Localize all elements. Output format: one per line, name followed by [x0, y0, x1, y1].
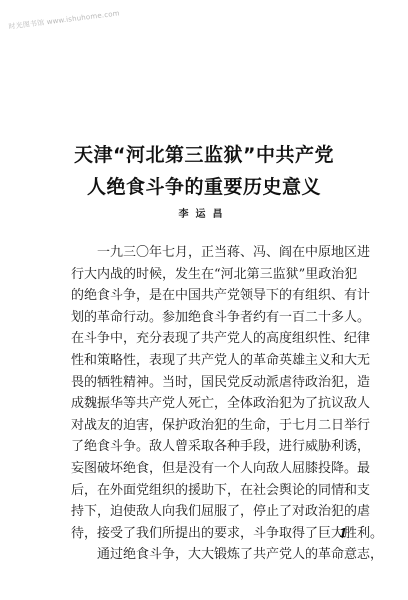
article-title-line-2: 人绝食斗争的重要历史意义 — [0, 172, 408, 199]
body-line: 的绝食斗争，是在中国共产党领导下的有组织、有计 — [71, 285, 349, 307]
body-line: 划的革命行动。参加绝食斗争者约有一百二十多人。 — [71, 307, 349, 329]
body-line: 行大内战的时候，发生在“河北第三监狱”里政治犯 — [71, 264, 349, 286]
watermark: 时光图书馆 www.ishuhome.com — [8, 8, 120, 32]
body-line: 妄图破坏绝食，但是没有一个人向敌人屈膝投降。最 — [71, 458, 349, 480]
article-body: 一九三〇年七月，正当蒋、冯、阎在中原地区进 行大内战的时候，发生在“河北第三监狱… — [71, 242, 349, 566]
article-title-line-1: 天津“河北第三监狱”中共产党 — [0, 140, 408, 167]
body-line: 待，接受了我们所提出的要求，斗争取得了巨大胜利。 — [71, 523, 349, 545]
body-line: 了绝食斗争。敌人曾采取各种手段，进行威胁利诱， — [71, 436, 349, 458]
body-line: 通过绝食斗争，大大锻炼了共产党人的革命意志， — [71, 544, 349, 566]
body-line: 对战友的迫害，保护政治犯的生命，于七月二日举行 — [71, 415, 349, 437]
body-line: 在斗争中，充分表现了共产党人的高度组织性、纪律 — [71, 328, 349, 350]
body-line: 持下，迫使敌人向我们屈服了，停止了对政治犯的虐 — [71, 501, 349, 523]
body-line: 畏的牺牲精神。当时，国民党反动派虐待政治犯，造 — [71, 372, 349, 394]
body-line: 性和策略性，表现了共产党人的革命英雄主义和大无 — [71, 350, 349, 372]
body-line: 成魏振华等共产党人死亡，全体政治犯为了抗议敌人 — [71, 393, 349, 415]
body-line: 一九三〇年七月，正当蒋、冯、阎在中原地区进 — [71, 242, 349, 264]
page-number: 1 — [339, 526, 347, 540]
body-line: 后，在外面党组织的援助下，在社会舆论的同情和支 — [71, 480, 349, 502]
author-name: 李运昌 — [0, 205, 408, 220]
